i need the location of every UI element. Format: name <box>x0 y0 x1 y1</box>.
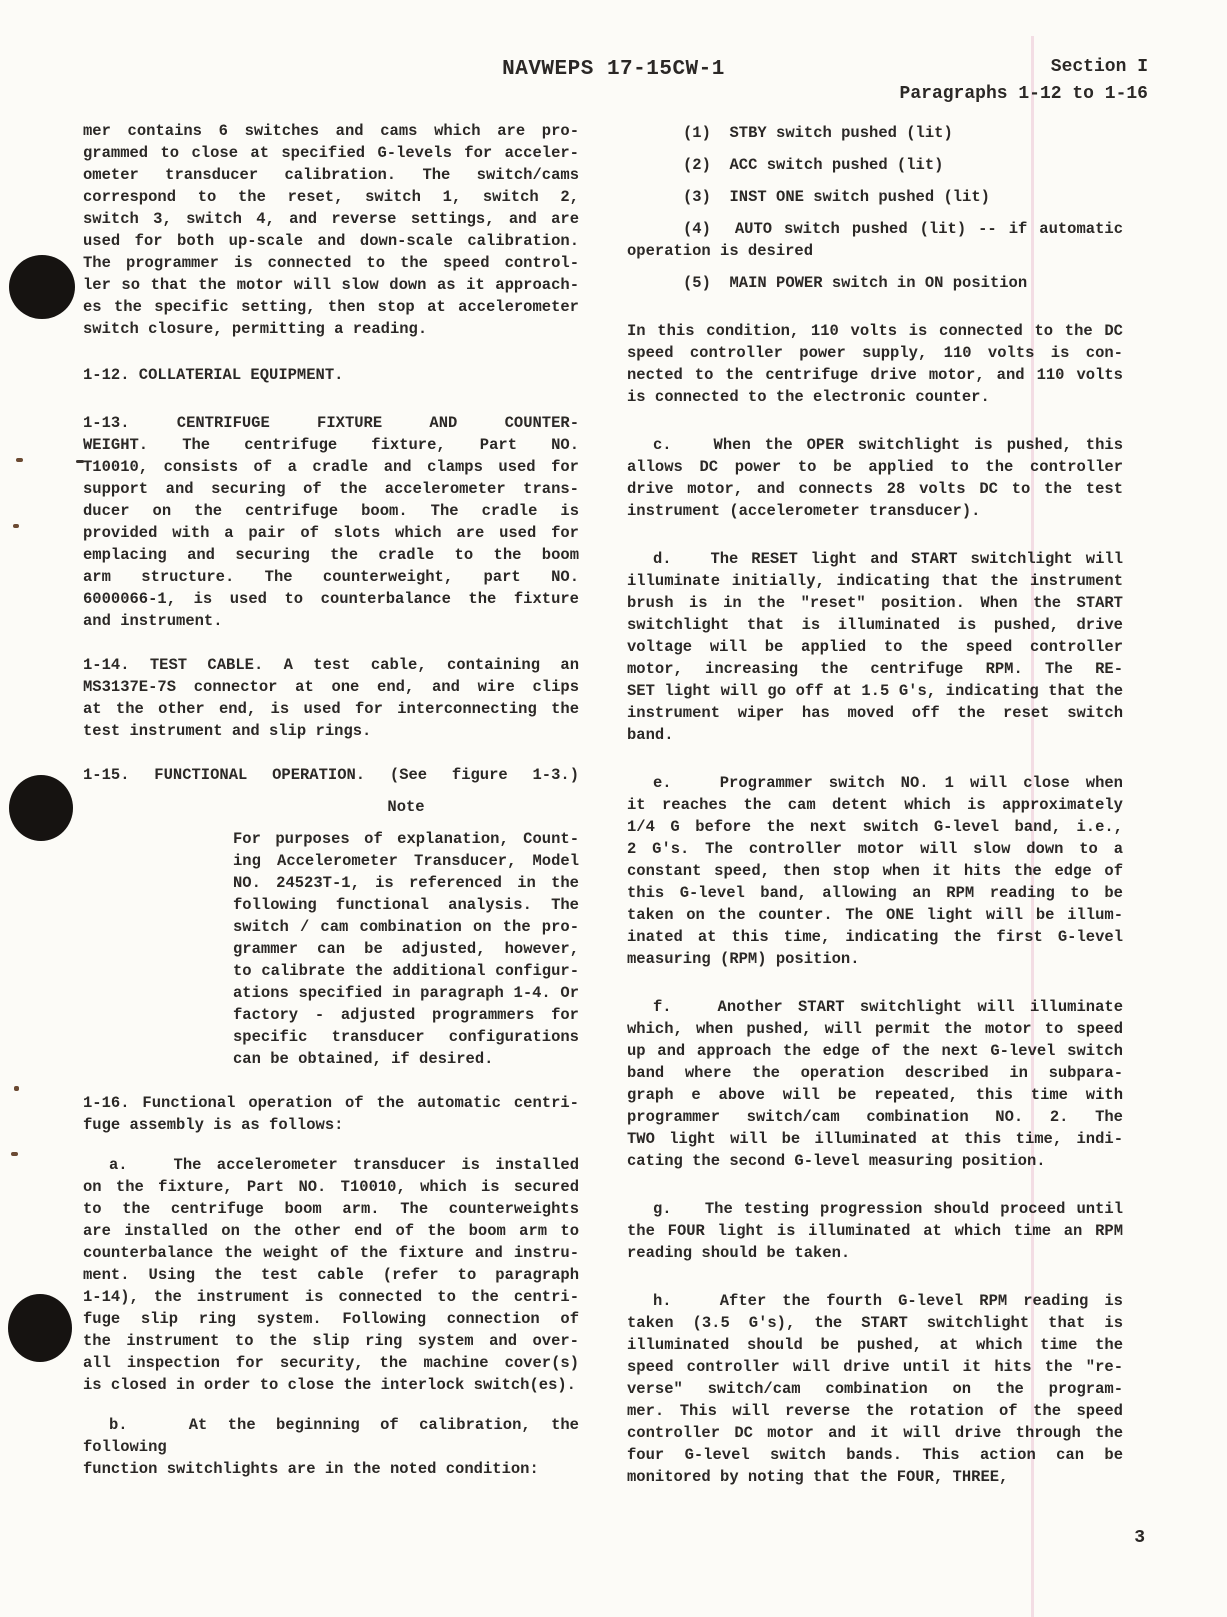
text-line: 1-12. COLLATERIAL EQUIPMENT. <box>83 364 579 386</box>
text-line: speed controller will drive until it hit… <box>627 1356 1123 1378</box>
text-line: a. The accelerometer transducer is insta… <box>83 1154 579 1176</box>
text-line: measuring (RPM) position. <box>627 948 1123 970</box>
text-line: brush is in the "reset" position. When t… <box>627 592 1123 614</box>
text-line: illuminate initially, indicating that th… <box>627 570 1123 592</box>
text-line: switch / cam combination on the pro- <box>233 916 579 938</box>
text-line: which, when pushed, will permit the moto… <box>627 1018 1123 1040</box>
text-line: (5) MAIN POWER switch in ON position <box>627 272 1123 294</box>
note-body: For purposes of explanation, Count-ing A… <box>233 828 579 1070</box>
para-1-13-centrifuge-fixture: 1-13. CENTRIFUGE FIXTURE AND COUNTER-WEI… <box>83 412 579 632</box>
list-item-2: (2) ACC switch pushed (lit) <box>627 154 1123 176</box>
text-line: voltage will be applied to the speed con… <box>627 636 1123 658</box>
text-line: on the fixture, Part NO. T10010, which i… <box>83 1176 579 1198</box>
text-line: band where the operation described in su… <box>627 1062 1123 1084</box>
text-line: used for both up-scale and down-scale ca… <box>83 230 579 252</box>
text-line: TWO light will be illuminated at this ti… <box>627 1128 1123 1150</box>
text-line: ometer transducer calibration. The switc… <box>83 164 579 186</box>
text-line: 1-15. FUNCTIONAL OPERATION. (See figure … <box>83 764 579 786</box>
text-line: (2) ACC switch pushed (lit) <box>627 154 1123 176</box>
text-line: allows DC power to be applied to the con… <box>627 456 1123 478</box>
text-line: constant speed, then stop when it hits t… <box>627 860 1123 882</box>
text-line: d. The RESET light and START switchlight… <box>627 548 1123 570</box>
section-label: Section I <box>900 54 1148 81</box>
text-line: grammed to close at specified G-levels f… <box>83 142 579 164</box>
right-column: (1) STBY switch pushed (lit)(2) ACC swit… <box>627 122 1123 1488</box>
header-right: Section I Paragraphs 1-12 to 1-16 <box>900 54 1148 108</box>
manual-page: NAVWEPS 17-15CW-1 Section I Paragraphs 1… <box>0 0 1227 1617</box>
text-line: speed controller power supply, 110 volts… <box>627 342 1123 364</box>
text-line: Note <box>233 796 579 818</box>
text-line: programmer switch/cam combination NO. 2.… <box>627 1106 1123 1128</box>
list-item-5: (5) MAIN POWER switch in ON position <box>627 272 1123 294</box>
heading-1-12: 1-12. COLLATERIAL EQUIPMENT. <box>83 364 579 386</box>
scan-speck <box>14 1086 19 1091</box>
text-line: this G-level band, allowing an RPM readi… <box>627 882 1123 904</box>
text-line: following functional analysis. The <box>233 894 579 916</box>
text-line: es the specific setting, then stop at ac… <box>83 296 579 318</box>
text-line: WEIGHT. The centrifuge fixture, Part NO. <box>83 434 579 456</box>
text-line: factory - adjusted programmers for <box>233 1004 579 1026</box>
text-line: to calibrate the additional configur- <box>233 960 579 982</box>
text-line: mer. This will reverse the rotation of t… <box>627 1400 1123 1422</box>
text-line: function switchlights are in the noted c… <box>83 1458 579 1480</box>
text-line: 1/4 G before the next switch G-level ban… <box>627 816 1123 838</box>
text-line: graph e above will be repeated, this tim… <box>627 1084 1123 1106</box>
para-1-16: 1-16. Functional operation of the automa… <box>83 1092 579 1136</box>
text-line: grammer can be adjusted, however, <box>233 938 579 960</box>
text-line: switch closure, permitting a reading. <box>83 318 579 340</box>
text-line: switch 3, switch 4, and reverse settings… <box>83 208 579 230</box>
text-line: 1-16. Functional operation of the automa… <box>83 1092 579 1114</box>
subpara-h: h. After the fourth G-level RPM reading … <box>627 1290 1123 1488</box>
text-line: 1-13. CENTRIFUGE FIXTURE AND COUNTER- <box>83 412 579 434</box>
text-line: 1-14. TEST CABLE. A test cable, containi… <box>83 654 579 676</box>
text-line: operation is desired <box>627 240 1123 262</box>
text-line: is connected to the electronic counter. <box>627 386 1123 408</box>
text-line: (3) INST ONE switch pushed (lit) <box>627 186 1123 208</box>
text-line: it reaches the cam detent which is appro… <box>627 794 1123 816</box>
text-line: nected to the centrifuge drive motor, an… <box>627 364 1123 386</box>
text-line: T10010, consists of a cradle and clamps … <box>83 456 579 478</box>
binder-hole-mark <box>9 775 73 841</box>
text-line: For purposes of explanation, Count- <box>233 828 579 850</box>
text-line: c. When the OPER switchlight is pushed, … <box>627 434 1123 456</box>
binder-hole-mark <box>9 255 75 319</box>
subpara-f: f. Another START switchlight will illumi… <box>627 996 1123 1172</box>
text-line: band. <box>627 724 1123 746</box>
text-line: specific transducer configurations <box>233 1026 579 1048</box>
binder-hole-mark <box>8 1294 72 1362</box>
text-line: ment. Using the test cable (refer to par… <box>83 1264 579 1286</box>
text-line: test instrument and slip rings. <box>83 720 579 742</box>
text-line: The programmer is connected to the speed… <box>83 252 579 274</box>
text-line: h. After the fourth G-level RPM reading … <box>627 1290 1123 1312</box>
text-line: e. Programmer switch NO. 1 will close wh… <box>627 772 1123 794</box>
scan-speck <box>13 524 19 528</box>
text-line: ations specified in paragraph 1-4. Or <box>233 982 579 1004</box>
page-number: 3 <box>1134 1528 1145 1548</box>
text-line: four G-level switch bands. This action c… <box>627 1444 1123 1466</box>
text-line: counterbalance the weight of the fixture… <box>83 1242 579 1264</box>
text-line: 1-14), the instrument is connected to th… <box>83 1286 579 1308</box>
text-line: (1) STBY switch pushed (lit) <box>627 122 1123 144</box>
heading-1-15: 1-15. FUNCTIONAL OPERATION. (See figure … <box>83 764 579 786</box>
text-line: NO. 24523T-1, is referenced in the <box>233 872 579 894</box>
text-line: all inspection for security, the machine… <box>83 1352 579 1374</box>
text-line: taken on the counter. The ONE light will… <box>627 904 1123 926</box>
text-line: inated at this time, indicating the firs… <box>627 926 1123 948</box>
list-item-3: (3) INST ONE switch pushed (lit) <box>627 186 1123 208</box>
text-line: mer contains 6 switches and cams which a… <box>83 120 579 142</box>
text-line: switchlight that is illuminated is pushe… <box>627 614 1123 636</box>
subpara-e: e. Programmer switch NO. 1 will close wh… <box>627 772 1123 970</box>
text-line: f. Another START switchlight will illumi… <box>627 996 1123 1018</box>
text-line: monitored by noting that the FOUR, THREE… <box>627 1466 1123 1488</box>
text-line: and instrument. <box>83 610 579 632</box>
text-line: reading should be taken. <box>627 1242 1123 1264</box>
text-line: In this condition, 110 volts is connecte… <box>627 320 1123 342</box>
text-line: instrument wiper has moved off the reset… <box>627 702 1123 724</box>
text-line: verse" switch/cam combination on the pro… <box>627 1378 1123 1400</box>
text-line: ducer on the centrifuge boom. The cradle… <box>83 500 579 522</box>
text-line: the FOUR light is illuminated at which t… <box>627 1220 1123 1242</box>
text-line: MS3137E-7S connector at one end, and wir… <box>83 676 579 698</box>
left-column: mer contains 6 switches and cams which a… <box>83 120 579 1480</box>
text-line: 6000066-1, is used to counterbalance the… <box>83 588 579 610</box>
note-title: Note <box>233 796 579 818</box>
subpara-b: b. At the beginning of calibration, the … <box>83 1414 579 1480</box>
subpara-a: a. The accelerometer transducer is insta… <box>83 1154 579 1396</box>
text-line: provided with a pair of slots which are … <box>83 522 579 544</box>
text-line: controller DC motor and it will drive th… <box>627 1422 1123 1444</box>
text-line: the instrument to the slip ring system a… <box>83 1330 579 1352</box>
text-line: emplacing and securing the cradle to the… <box>83 544 579 566</box>
para-in-this-condition: In this condition, 110 volts is connecte… <box>627 320 1123 408</box>
list-item-1: (1) STBY switch pushed (lit) <box>627 122 1123 144</box>
text-line: to the centrifuge boom arm. The counterw… <box>83 1198 579 1220</box>
scan-speck <box>16 458 23 462</box>
text-line: at the other end, is used for interconne… <box>83 698 579 720</box>
paragraph-range: Paragraphs 1-12 to 1-16 <box>900 81 1148 108</box>
text-line: up and approach the edge of the next G-l… <box>627 1040 1123 1062</box>
text-line: arm structure. The counterweight, part N… <box>83 566 579 588</box>
para-1-14-test-cable: 1-14. TEST CABLE. A test cable, containi… <box>83 654 579 742</box>
text-line: fuge assembly is as follows: <box>83 1114 579 1136</box>
text-line: support and securing of the acceleromete… <box>83 478 579 500</box>
text-line: fuge slip ring system. Following connect… <box>83 1308 579 1330</box>
text-line: ler so that the motor will slow down as … <box>83 274 579 296</box>
subpara-g: g. The testing progression should procee… <box>627 1198 1123 1264</box>
text-line: drive motor, and connects 28 volts DC to… <box>627 478 1123 500</box>
text-line: g. The testing progression should procee… <box>627 1198 1123 1220</box>
subpara-d: d. The RESET light and START switchlight… <box>627 548 1123 746</box>
text-line: SET light will go off at 1.5 G's, indica… <box>627 680 1123 702</box>
text-line: ing Accelerometer Transducer, Model <box>233 850 579 872</box>
text-line: are installed on the other end of the bo… <box>83 1220 579 1242</box>
text-line: motor, increasing the centrifuge RPM. Th… <box>627 658 1123 680</box>
para-programmer-continuation: mer contains 6 switches and cams which a… <box>83 120 579 340</box>
text-line: taken (3.5 G's), the START switchlight t… <box>627 1312 1123 1334</box>
list-item-4: (4) AUTO switch pushed (lit) -- if autom… <box>627 218 1123 262</box>
text-line: illuminated should be pushed, at which t… <box>627 1334 1123 1356</box>
text-line: (4) AUTO switch pushed (lit) -- if autom… <box>627 218 1123 240</box>
text-line: is closed in order to close the interloc… <box>83 1374 579 1396</box>
scan-speck <box>11 1152 18 1156</box>
text-line: correspond to the reset, switch 1, switc… <box>83 186 579 208</box>
text-line: instrument (accelerometer transducer). <box>627 500 1123 522</box>
text-line: cating the second G-level measuring posi… <box>627 1150 1123 1172</box>
text-line: b. At the beginning of calibration, the … <box>83 1414 579 1458</box>
text-line: can be obtained, if desired. <box>233 1048 579 1070</box>
text-line: 2 G's. The controller motor will slow do… <box>627 838 1123 860</box>
subpara-c: c. When the OPER switchlight is pushed, … <box>627 434 1123 522</box>
